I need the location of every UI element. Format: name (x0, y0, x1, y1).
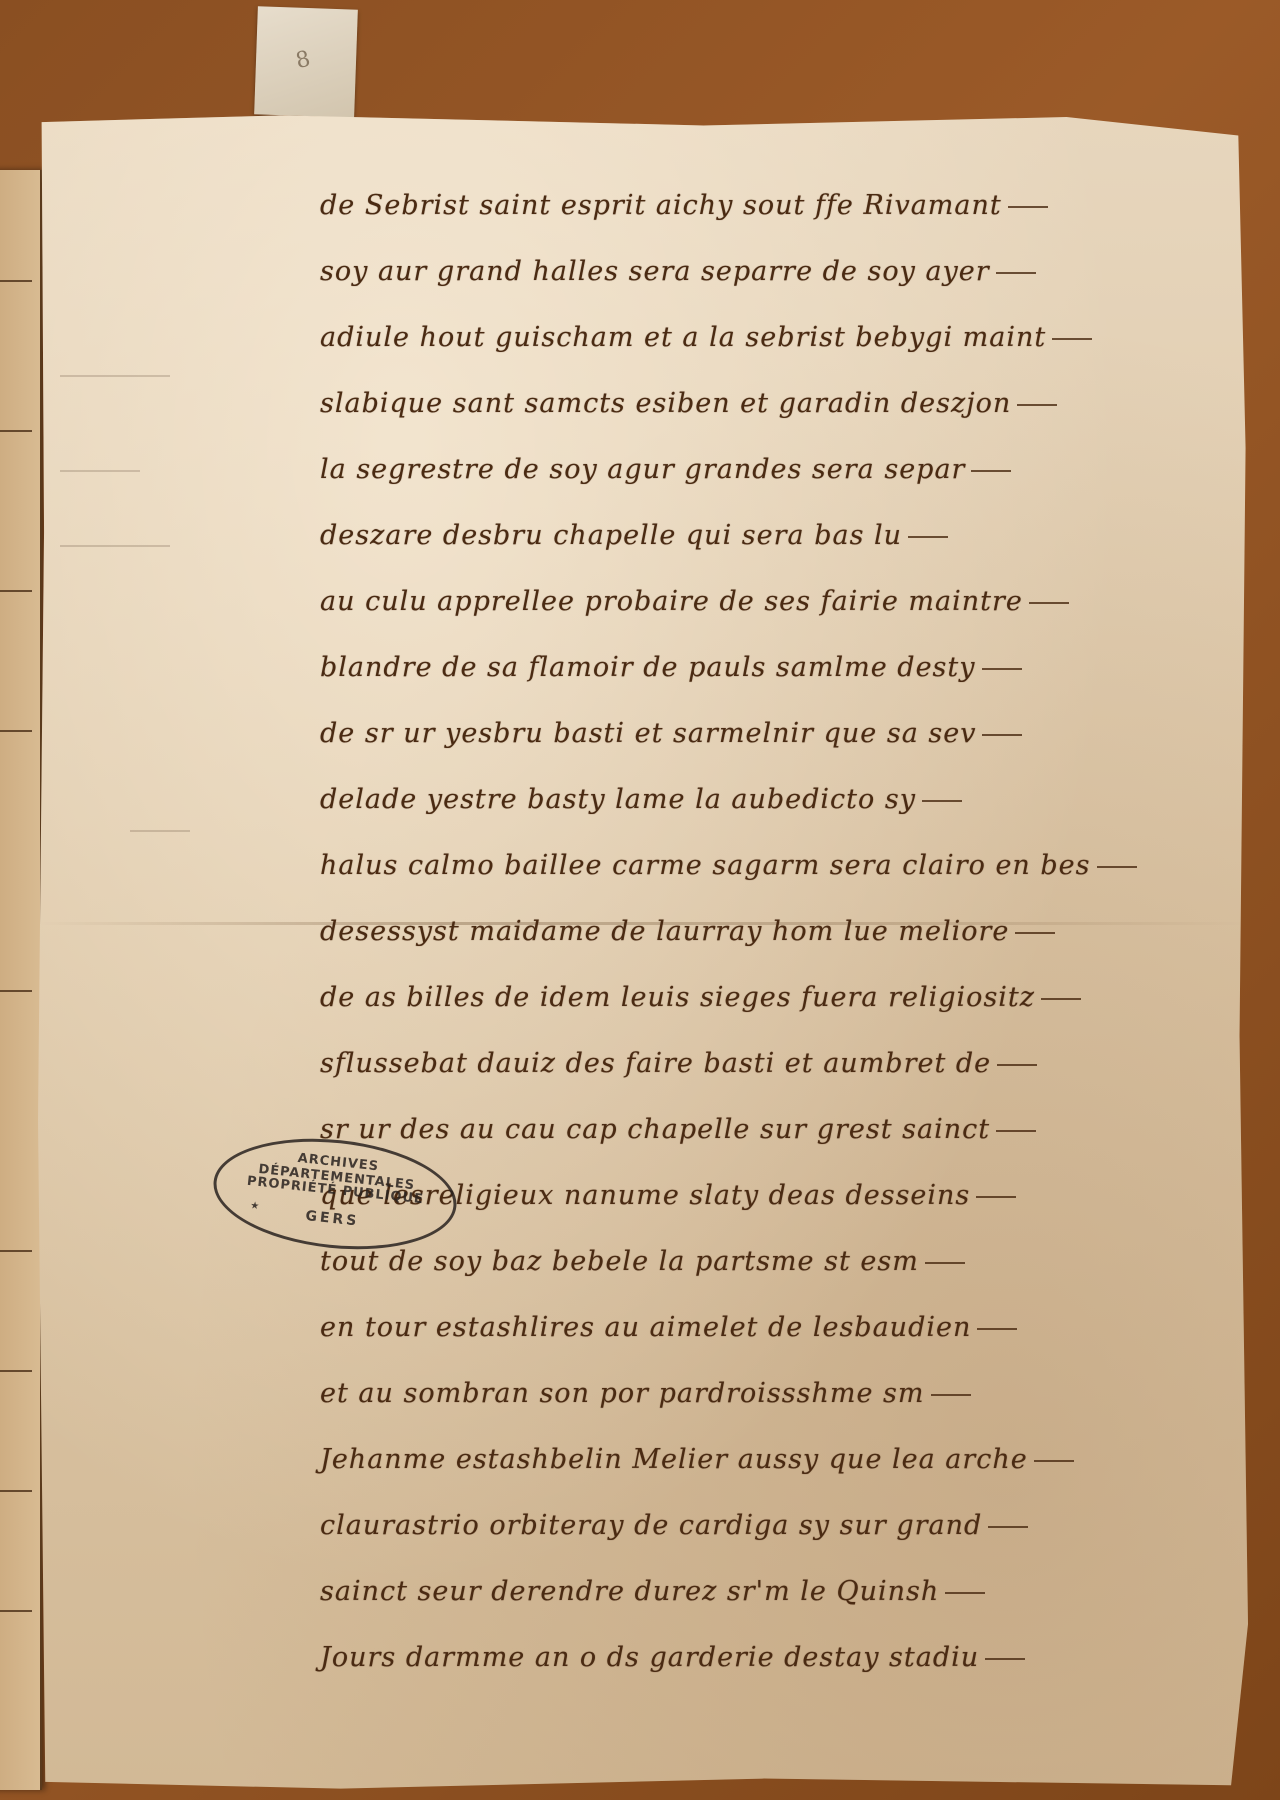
text-line: Jours darmme an o ds garderie destay sta… (320, 1642, 1220, 1708)
text-line: adiule hout guischam et a la sebrist beb… (320, 322, 1220, 388)
text-line: blandre de sa flamoir de pauls samlme de… (320, 652, 1220, 718)
text-line: en tour estashlires au aimelet de lesbau… (320, 1312, 1220, 1378)
tag-label: 8 (293, 47, 312, 75)
bleed-through-mark (60, 545, 170, 547)
text-line: Jehanme estashbelin Melier aussy que lea… (320, 1444, 1220, 1510)
text-line: soy aur grand halles sera separre de soy… (320, 256, 1220, 322)
text-line: claurastrio orbiteray de cardiga sy sur … (320, 1510, 1220, 1576)
text-line: tout de soy baz bebele la partsme st esm (320, 1246, 1220, 1312)
text-line: de sr ur yesbru basti et sarmelnir que s… (320, 718, 1220, 784)
text-line: sainct seur derendre durez sr'm le Quins… (320, 1576, 1220, 1642)
bleed-through-mark (60, 470, 140, 472)
text-line: de as billes de idem leuis sieges fuera … (320, 982, 1220, 1048)
manuscript-text: de Sebrist saint esprit aichy sout ffe R… (320, 190, 1220, 1708)
adjacent-page-edge (0, 170, 42, 1790)
text-line: halus calmo baillee carme sagarm sera cl… (320, 850, 1220, 916)
bleed-through-mark (60, 375, 170, 377)
text-line: de Sebrist saint esprit aichy sout ffe R… (320, 190, 1220, 256)
archive-tag: 8 (254, 6, 358, 117)
text-line: la segrestre de soy agur grandes sera se… (320, 454, 1220, 520)
bleed-through-mark (130, 830, 190, 832)
text-line: deszare desbru chapelle qui sera bas lu (320, 520, 1220, 586)
text-line: delade yestre basty lame la aubedicto sy (320, 784, 1220, 850)
text-line: au culu apprellee probaire de ses fairie… (320, 586, 1220, 652)
text-line: sflussebat dauiz des faire basti et aumb… (320, 1048, 1220, 1114)
text-line: et au sombran son por pardroissshme sm (320, 1378, 1220, 1444)
text-line: slabique sant samcts esiben et garadin d… (320, 388, 1220, 454)
text-line: desessyst maidame de laurray hom lue mel… (320, 916, 1220, 982)
